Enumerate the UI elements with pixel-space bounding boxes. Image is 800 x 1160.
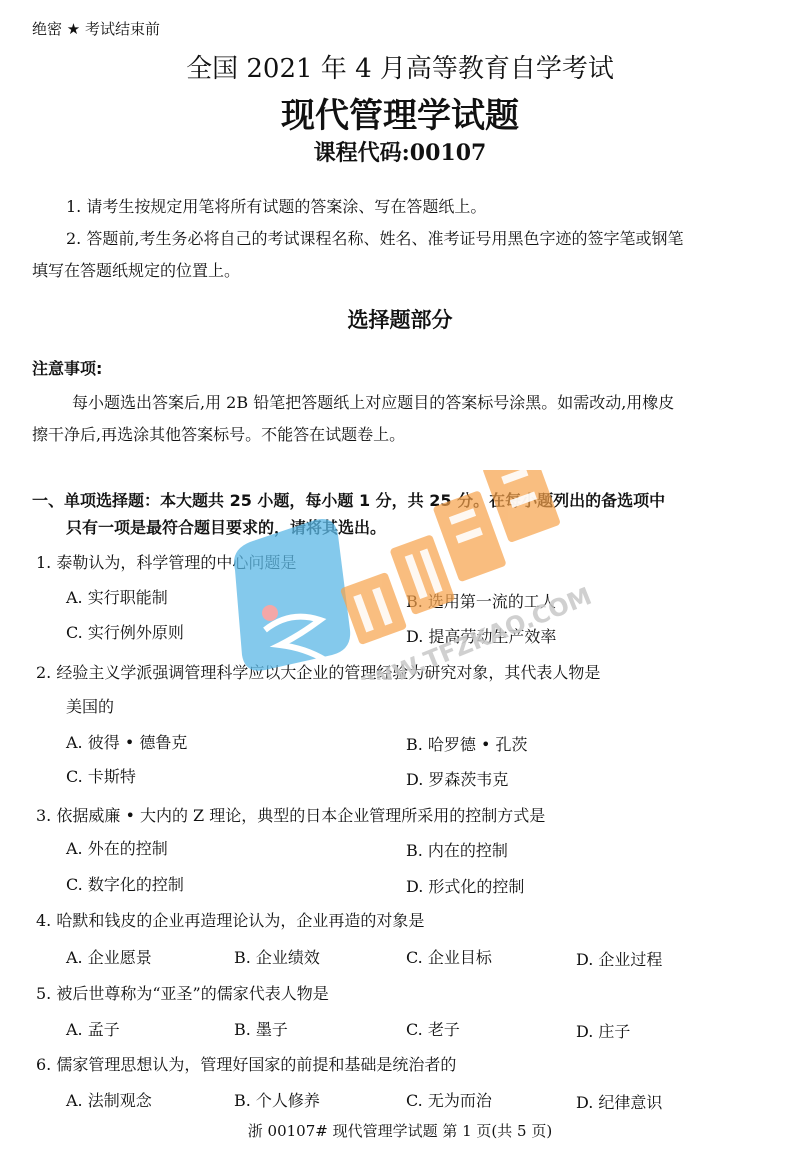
question-1-option-c: C. 实行例外原则 (66, 620, 184, 643)
question-2-stem: 2. 经验主义学派强调管理科学应以大企业的管理经验为研究对象，其代表人物是 (36, 660, 600, 683)
exam-page: 绝密 ★ 考试结束前 全国 2021 年 4 月高等教育自学考试 现代管理学试题… (0, 0, 800, 1160)
question-6-stem: 6. 儒家管理思想认为，管理好国家的前提和基础是统治者的 (36, 1052, 456, 1075)
part-one-title: 一、单项选择题：本大题共 25 小题，每小题 1 分，共 25 分。在每小题列出… (32, 488, 665, 511)
question-3-option-d: D. 形式化的控制 (406, 874, 524, 897)
question-6-option-d: D. 纪律意识 (576, 1090, 662, 1113)
part-one-title-cont: 只有一项是最符合题目要求的，请将其选出。 (66, 515, 386, 538)
question-5-stem: 5. 被后世尊称为“亚圣”的儒家代表人物是 (36, 981, 329, 1004)
question-4-option-a: A. 企业愿景 (66, 945, 152, 968)
question-2-option-c: C. 卡斯特 (66, 764, 136, 787)
instruction-2-cont: 填写在答题纸规定的位置上。 (32, 258, 240, 281)
instruction-1: 1. 请考生按规定用笔将所有试题的答案涂、写在答题纸上。 (66, 194, 486, 217)
question-6-option-b: B. 个人修养 (234, 1088, 320, 1111)
secret-label: 绝密 ★ 考试结束前 (32, 18, 160, 39)
question-5-option-a: A. 孟子 (66, 1017, 120, 1040)
notice-line-2: 擦干净后,再选涂其他答案标号。不能答在试题卷上。 (32, 422, 405, 445)
notice-label: 注意事项: (32, 356, 102, 379)
course-code: 课程代码:00107 (0, 136, 800, 167)
question-4-option-b: B. 企业绩效 (234, 945, 320, 968)
question-1-option-b: B. 选用第一流的工人 (406, 589, 556, 612)
question-4-option-d: D. 企业过程 (576, 947, 662, 970)
question-2-option-d: D. 罗森茨韦克 (406, 767, 508, 790)
instruction-2: 2. 答题前,考生务必将自己的考试课程名称、姓名、准考证号用黑色字迹的签字笔或钢… (66, 226, 683, 249)
question-6-option-c: C. 无为而治 (406, 1088, 492, 1111)
question-5-option-d: D. 庄子 (576, 1019, 630, 1042)
question-3-stem: 3. 依据威廉 • 大内的 Z 理论，典型的日本企业管理所采用的控制方式是 (36, 803, 545, 826)
question-6-option-a: A. 法制观念 (66, 1088, 152, 1111)
question-4-stem: 4. 哈默和钱皮的企业再造理论认为，企业再造的对象是 (36, 908, 424, 931)
notice-line-1: 每小题选出答案后,用 2B 铅笔把答题纸上对应题目的答案标号涂黑。如需改动,用橡… (72, 390, 674, 413)
question-5-option-c: C. 老子 (406, 1017, 460, 1040)
question-1-option-d: D. 提高劳动生产效率 (406, 624, 556, 647)
subject-title: 现代管理学试题 (0, 88, 800, 137)
section-heading: 选择题部分 (0, 304, 800, 334)
question-3-option-b: B. 内在的控制 (406, 838, 508, 861)
question-2-option-a: A. 彼得 • 德鲁克 (66, 730, 187, 753)
page-footer: 浙 00107# 现代管理学试题 第 1 页(共 5 页) (0, 1120, 800, 1141)
question-5-option-b: B. 墨子 (234, 1017, 288, 1040)
question-2-option-b: B. 哈罗德 • 孔茨 (406, 732, 528, 755)
question-2-stem-cont: 美国的 (66, 694, 114, 717)
exam-title: 全国 2021 年 4 月高等教育自学考试 (0, 48, 800, 85)
question-3-option-c: C. 数字化的控制 (66, 872, 184, 895)
question-4-option-c: C. 企业目标 (406, 945, 492, 968)
question-3-option-a: A. 外在的控制 (66, 836, 168, 859)
question-1-option-a: A. 实行职能制 (66, 585, 168, 608)
question-1-stem: 1. 泰勒认为，科学管理的中心问题是 (36, 550, 296, 573)
